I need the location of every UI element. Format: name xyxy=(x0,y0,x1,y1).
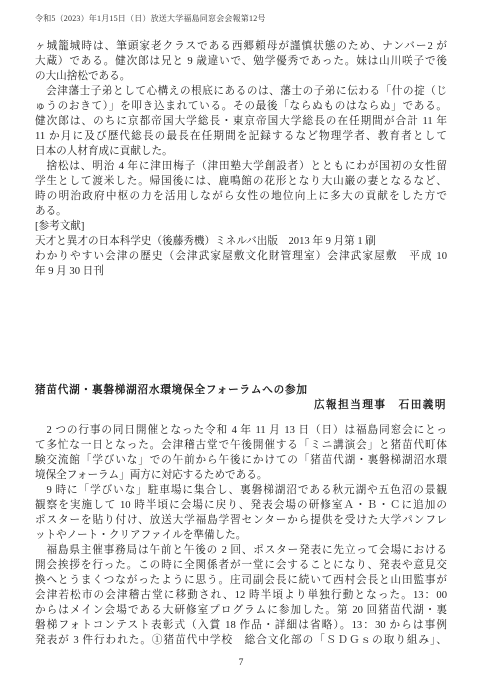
text-line: 換へとうまくつながったように思う。庄司副会長に続いて西村会長と山田監事が xyxy=(35,573,447,588)
page-header: 令和5（2023）年1月15日（日）放送大学福島同窓会会報第12号 xyxy=(35,13,447,24)
text-line: 磐梯フォトコンテスト表彰式（入賞 18 作品・詳細は省略）。13：30 からは事… xyxy=(35,618,447,633)
document-page: 令和5（2023）年1月15日（日）放送大学福島同窓会会報第12号 ヶ城籠城時は… xyxy=(0,0,482,691)
text-line: 会津若松市の会津稽古堂に移動され、12 時半頃より単独行動となった。13：00 xyxy=(35,588,447,603)
text-line: 捨松は、明治 4 年に津田梅子（津田塾大学創設者）とともにわが国初の女性留 xyxy=(35,159,447,174)
section-title: 猪苗代湖・裏磐梯湖沼水環境保全フォーラムへの参加 xyxy=(35,383,447,398)
section-body: 2 つの行事の同日開催となった令和 4 年 11 月 13 日（日）は福島同窓会… xyxy=(35,423,447,648)
text-line: ある。 xyxy=(35,204,447,219)
text-line: 時の明治政府中枢の力を活用しながら女性の地位向上に多大の貢献をした方で xyxy=(35,189,447,204)
text-line: ポスターを貼り付け、放送大学福島学習センターから提供を受けた大学パンフレ xyxy=(35,513,447,528)
text-line: の大山捨松である。 xyxy=(35,69,447,84)
text-line: 健次郎は、のちに京都帝国大学総長・東京帝国大学総長の在任期間が合計 11 年 xyxy=(35,114,447,129)
text-line: 11 か月に及び歴代総長の最長在任期間を記録するなど物理学者、教育者として xyxy=(35,129,447,144)
text-line: 福島県主催事務局は午前と午後の 2 回、ポスター発表に先立って会場における xyxy=(35,543,447,558)
text-line: て多忙な一日となった。会津稽古堂で午後開催する「ミニ講演会」と猪苗代町体 xyxy=(35,438,447,453)
text-line: 観察を実施して 10 時半頃に会場に戻り、発表会場の研修室Ａ・Ｂ・Ｃに追加の xyxy=(35,498,447,513)
text-line: 2 つの行事の同日開催となった令和 4 年 11 月 13 日（日）は福島同窓会… xyxy=(35,423,447,438)
text-line: 9 時に「学びいな」駐車場に集合し、裏磐梯湖沼である秋元湖や五色沼の景観 xyxy=(35,483,447,498)
section-biography-continued: ヶ城籠城時は、筆頭家老クラスである西郷頼母が謹慎状態のため、ナンバー2 が大蔵）… xyxy=(35,39,447,279)
text-line: 発表が 3 件行われた。①猪苗代中学校 総合文化部の「ＳＤＧｓの取り組み」、 xyxy=(35,633,447,648)
text-line: [参考文献] xyxy=(35,219,447,234)
text-line: 大蔵）である。健次郎は兄と 9 歳違いで、勉学優秀であった。妹は山川咲子で後 xyxy=(35,54,447,69)
text-line: 験交流館「学びいな」での午前から午後にかけての「猪苗代湖・裏磐梯湖沼水環 xyxy=(35,453,447,468)
text-line: 会津藩士子弟として心構えの根底にあるのは、藩士の子弟に伝わる「什の掟（じ xyxy=(35,84,447,99)
text-line: からはメイン会場である大研修室プログラムに参加した。第 20 回猪苗代湖・裏 xyxy=(35,603,447,618)
text-line: 年 9 月 30 日刊 xyxy=(35,264,447,279)
text-line: ヶ城籠城時は、筆頭家老クラスである西郷頼母が謹慎状態のため、ナンバー2 が xyxy=(35,39,447,54)
section-byline: 広報担当理事 石田義明 xyxy=(35,398,447,413)
text-line: 開会挨拶を行った。この時に全関係者が一堂に会することになり、発表や意見交 xyxy=(35,558,447,573)
text-line: 学生として渡米した。帰国後には、鹿鳴館の花形となり大山巌の妻となるなど、 xyxy=(35,174,447,189)
text-line: 日本の人材育成に貢献した。 xyxy=(35,144,447,159)
text-line: 境保全フォーラム」両方に対応するためである。 xyxy=(35,468,447,483)
text-line: わかりやすい会津の歴史（会津武家屋敷文化財管理室）会津武家屋敷 平成 10 xyxy=(35,249,447,264)
text-line: 天才と異才の日本科学史（後藤秀機）ミネルバ出版 2013 年 9 月第 1 刷 xyxy=(35,234,447,249)
section-forum-report: 猪苗代湖・裏磐梯湖沼水環境保全フォーラムへの参加 広報担当理事 石田義明 2 つ… xyxy=(35,383,447,648)
text-line: ゅうのおきて）」を叩き込まれている。その最後「ならぬものはならぬ」である。 xyxy=(35,99,447,114)
page-number: 7 xyxy=(0,657,482,670)
text-line: ットやノート・クリアファイルを準備した。 xyxy=(35,528,447,543)
